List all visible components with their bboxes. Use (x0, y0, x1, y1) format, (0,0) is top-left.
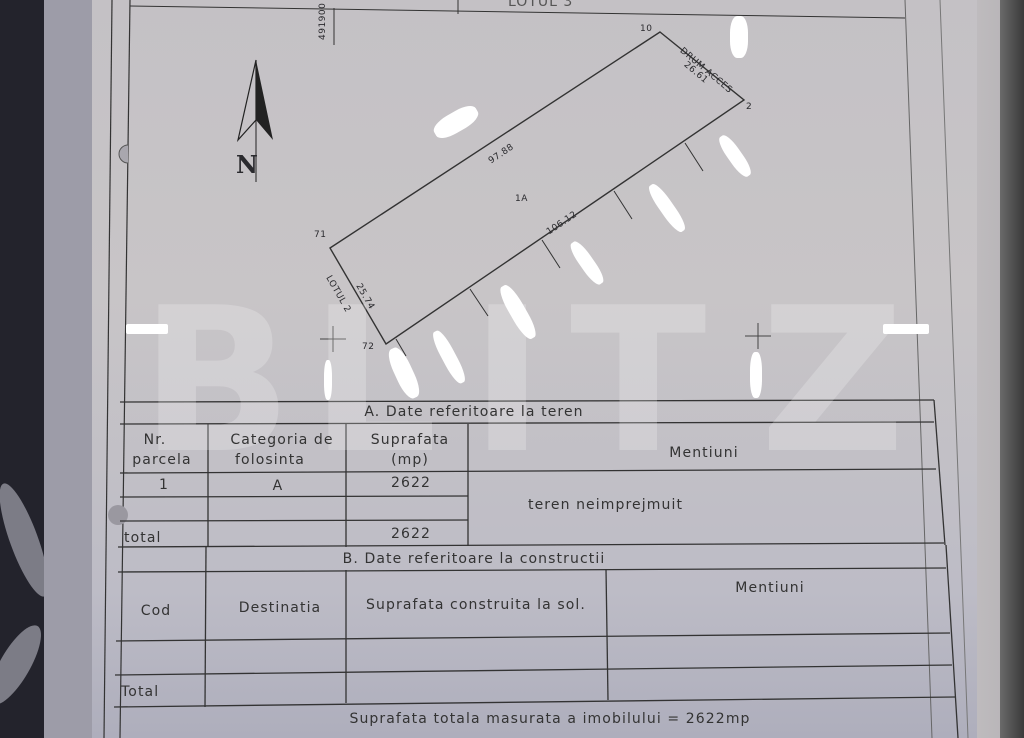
cell-nr: 1 (159, 477, 169, 493)
header-categoria: Categoria de (230, 432, 333, 448)
north-label: N (236, 150, 259, 179)
header-destinatia: Destinatia (239, 600, 321, 616)
header-cod: Cod (141, 603, 172, 619)
top-lot-label: LOTUL 3 (508, 0, 573, 10)
grid-coordinate: 491900 (318, 3, 328, 40)
redaction-mark (883, 324, 929, 334)
redaction-mark (324, 360, 332, 400)
watermark-letter: I (470, 282, 540, 482)
point-label: 72 (362, 342, 374, 352)
cell-suprafata: 2622 (391, 475, 431, 491)
redaction-mark (126, 324, 168, 334)
header-nr: Nr. (144, 432, 167, 448)
header-mentiuni: Mentiuni (669, 445, 738, 461)
total-summary: Suprafata totala masurata a imobilului =… (349, 711, 750, 727)
header-suprafata: Suprafata (371, 432, 449, 448)
binder-hole (119, 145, 128, 163)
cell-categoria: A (273, 478, 284, 494)
total-value: 2622 (391, 526, 431, 542)
header-suprafata: (mp) (391, 452, 429, 468)
watermark-letter: Z (760, 282, 901, 482)
section-a-title: A. Date referitoare la teren (364, 404, 583, 420)
point-label: 10 (640, 24, 652, 34)
total-label: total (124, 530, 162, 546)
redaction-mark (730, 16, 748, 58)
header-suprafata-construita: Suprafata construita la sol. (366, 597, 586, 613)
header-mentiuni-b: Mentiuni (735, 580, 804, 596)
section-b-title: B. Date referitoare la constructii (343, 551, 606, 567)
total-label-b: Total (121, 684, 159, 700)
cell-mentiuni: teren neimprejmuit (528, 497, 683, 513)
parcel-label: 1A (515, 194, 528, 204)
redaction-mark (750, 352, 762, 398)
point-label: 71 (314, 230, 326, 240)
binder-hole (108, 505, 128, 525)
header-nr: parcela (132, 452, 191, 468)
header-categoria: folosinta (235, 452, 305, 468)
point-label: 2 (746, 102, 752, 112)
